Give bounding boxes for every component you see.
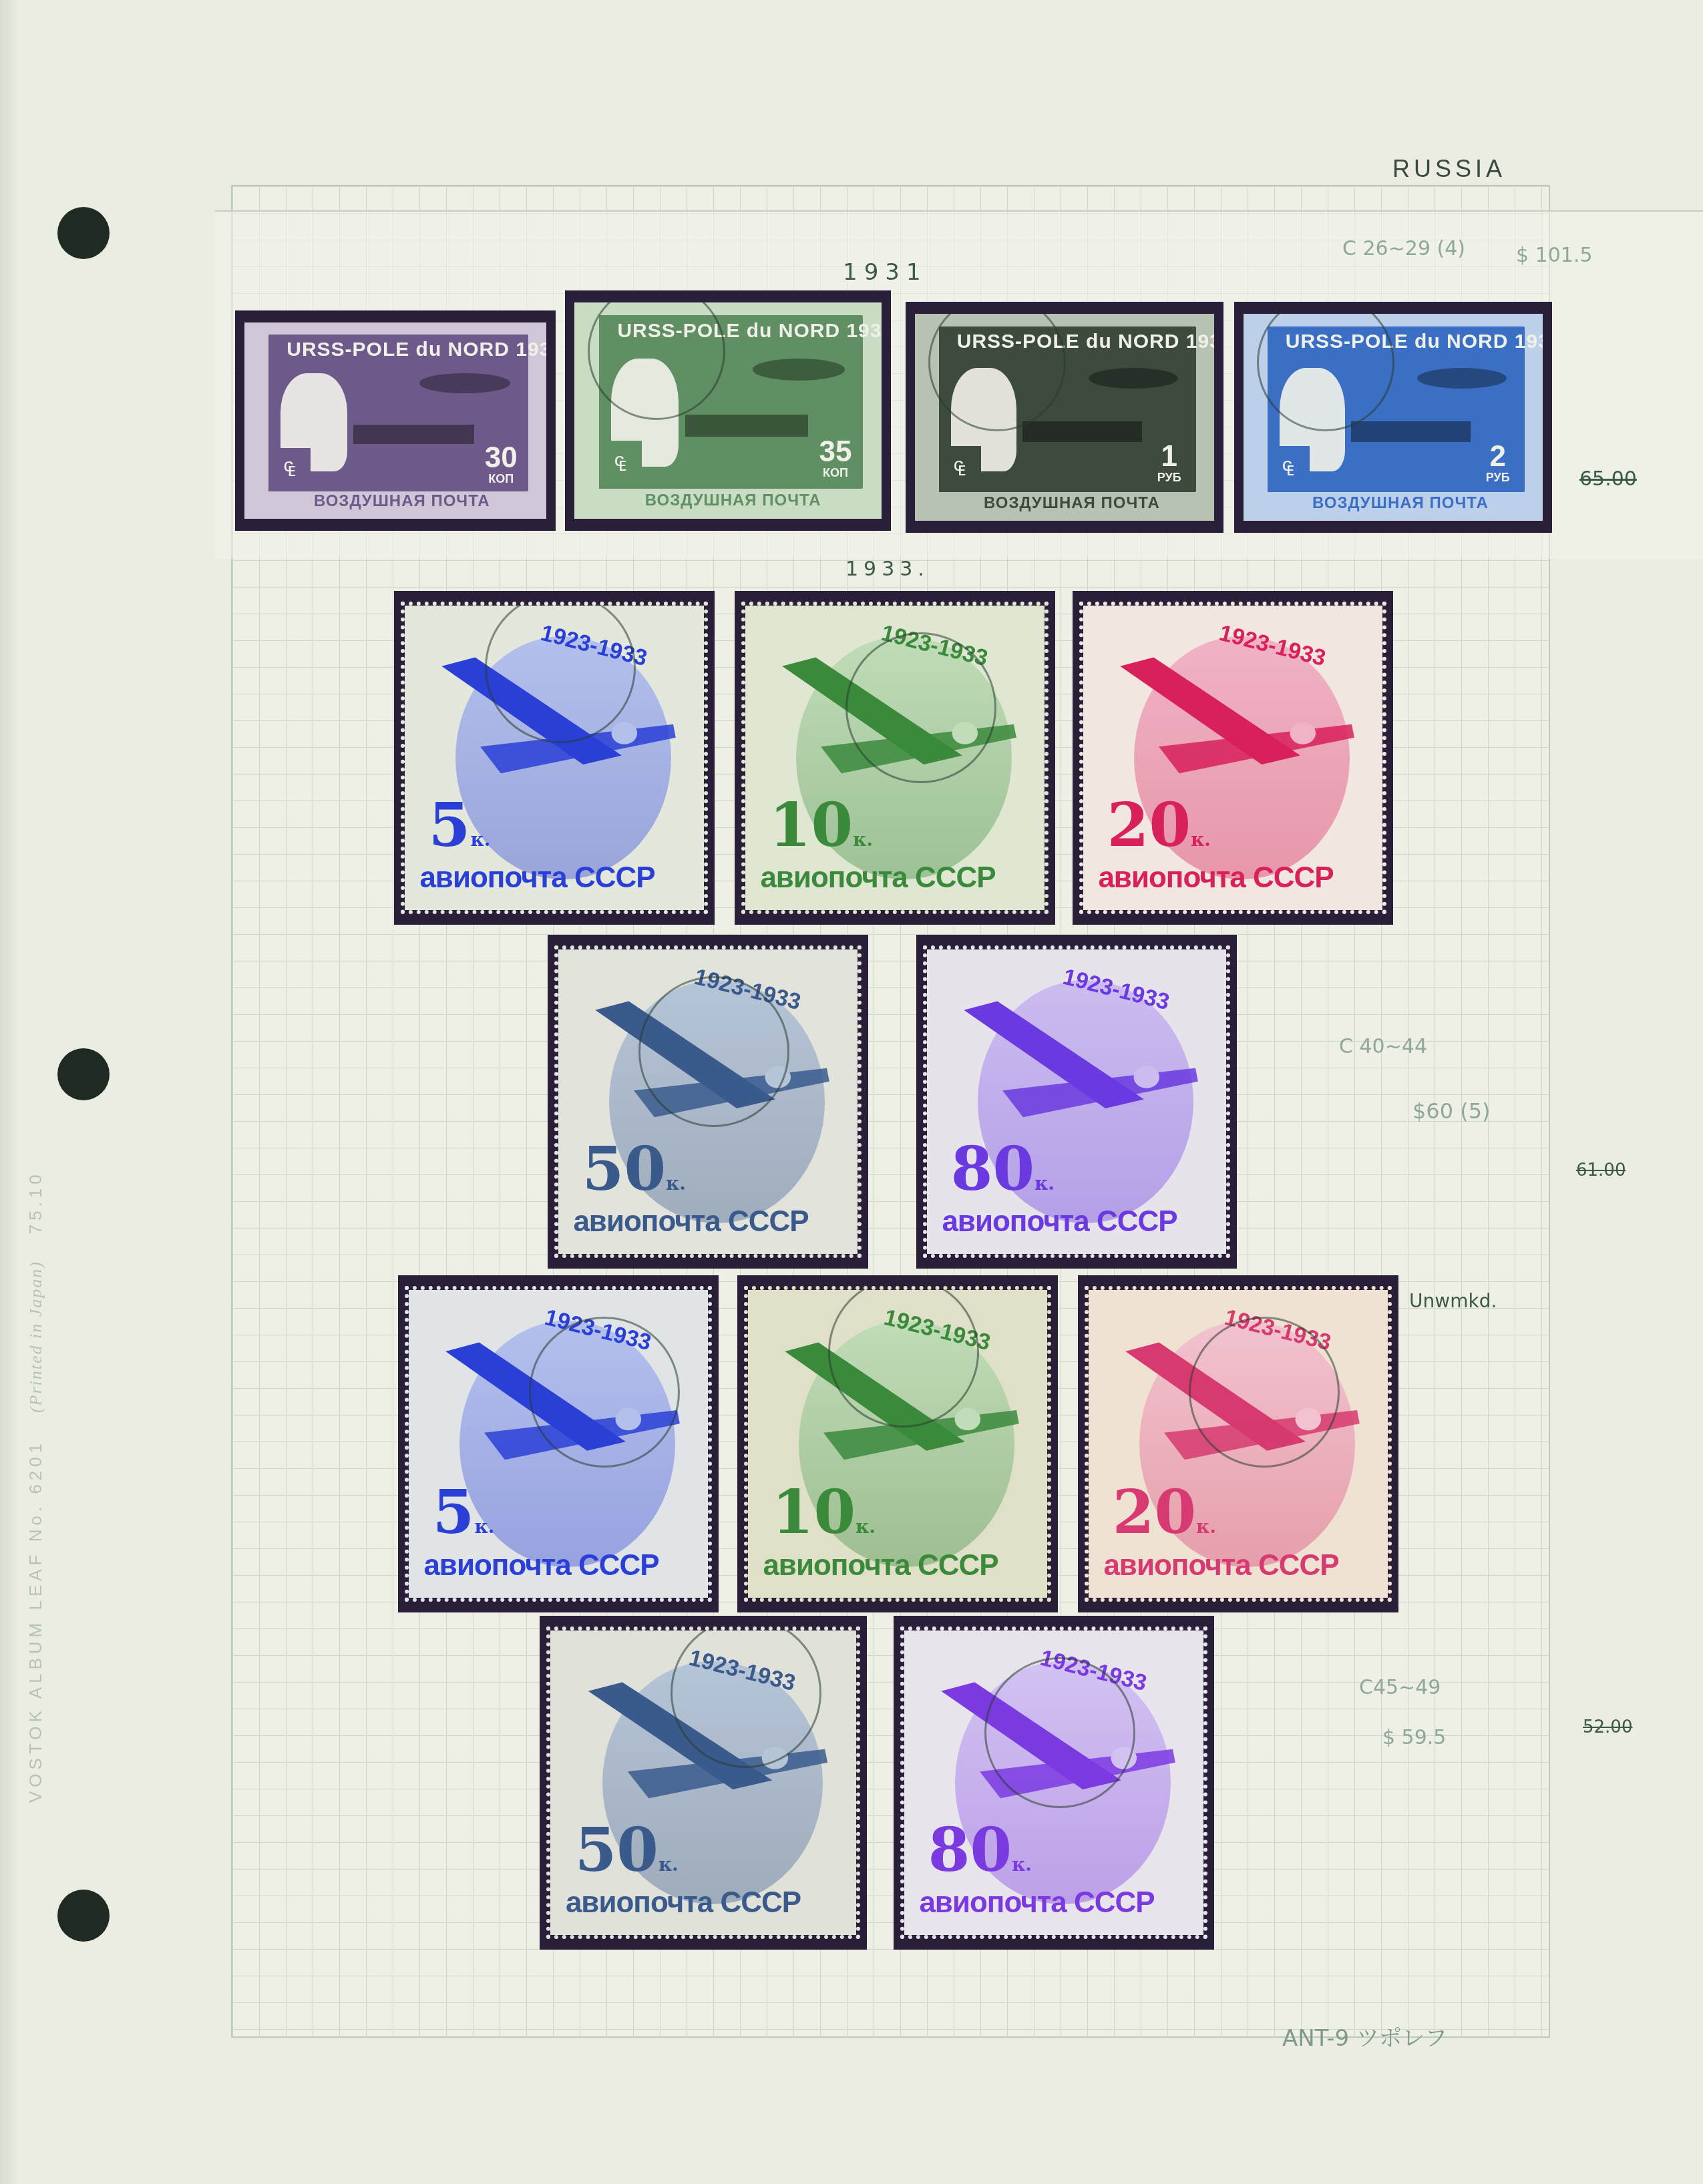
stamp-caption: авиопочта СССР xyxy=(760,861,995,895)
stamp-1933-80k[interactable]: 1923-193380к.авиопочта СССР xyxy=(927,949,1226,1254)
stamp-mount: 1923-19335к.авиопочта СССР xyxy=(398,1275,719,1612)
stamp-denomination: 10к. xyxy=(772,1482,876,1542)
stamp-caption: авиопочта СССР xyxy=(419,861,654,895)
stamp-mount: 1923-193380к.авиопочта СССР xyxy=(916,935,1237,1269)
stamp-1931-1РУБ[interactable]: URSS-POLE du NORD 1931₠1РУБВОЗДУШНАЯ ПОЧ… xyxy=(915,314,1214,521)
stamp-denomination: 1РУБ xyxy=(1145,434,1193,492)
aircraft-note: ANT-9 ツポレフ xyxy=(1282,2020,1447,2052)
emblem-icon: ₠ xyxy=(268,448,311,491)
stamp-1933-5k[interactable]: 1923-19335к.авиопочта СССР xyxy=(409,1290,708,1598)
stamp-1933-50k[interactable]: 1923-193350к.авиопочта СССР xyxy=(558,949,858,1254)
stamp-mount: URSS-POLE du NORD 1931₠30КОПВОЗДУШНАЯ ПО… xyxy=(235,310,556,531)
stamp-mount: 1923-193380к.авиопочта СССР xyxy=(894,1616,1214,1950)
stamp-caption: ВОЗДУШНАЯ ПОЧТА xyxy=(984,494,1160,513)
year-label-1931: 1931 xyxy=(843,259,928,286)
stamp-1933-20k[interactable]: 1923-193320к.авиопочта СССР xyxy=(1083,606,1382,910)
imprint-code: 75.10 xyxy=(25,1170,45,1234)
emblem-icon: ₠ xyxy=(1268,446,1310,491)
stamp-1933-5k[interactable]: 1923-19335к.авиопочта СССР xyxy=(405,606,704,910)
stamp-caption: авиопочта СССР xyxy=(573,1205,808,1239)
value-note-1931: $ 101.5 xyxy=(1516,244,1593,267)
stamp-caption: авиопочта СССР xyxy=(763,1549,998,1582)
airplane-image xyxy=(429,648,686,783)
emblem-icon: ₠ xyxy=(599,441,642,488)
stamp-denomination: 30КОП xyxy=(477,437,525,491)
stamp-caption: авиопочта СССР xyxy=(1103,1549,1338,1582)
catalog-note-1931: C 26~29 (4) xyxy=(1342,237,1465,260)
emblem-icon: ₠ xyxy=(939,446,981,491)
stamp-mount: 1923-193320к.авиопочта СССР xyxy=(1078,1275,1398,1612)
stamp-mount: 1923-193350к.авиопочта СССР xyxy=(548,935,868,1269)
binder-hole-top xyxy=(57,207,110,259)
stamp-header: URSS-POLE du NORD 1931 xyxy=(1286,331,1519,353)
page-edge xyxy=(0,0,20,2184)
stamp-mount: 1923-193310к.авиопочта СССР xyxy=(737,1275,1058,1612)
stamp-mount: URSS-POLE du NORD 1931₠2РУБВОЗДУШНАЯ ПОЧ… xyxy=(1234,302,1552,533)
zeppelin-image xyxy=(1089,368,1178,389)
stamp-mount: 1923-19335к.авиопочта СССР xyxy=(394,591,715,925)
stamp-denomination: 2РУБ xyxy=(1474,434,1522,492)
stamp-1933-20k[interactable]: 1923-193320к.авиопочта СССР xyxy=(1089,1290,1388,1598)
stamp-mount: URSS-POLE du NORD 1931₠1РУБВОЗДУШНАЯ ПОЧ… xyxy=(906,302,1223,533)
stamp-mount: 1923-193310к.авиопочта СССР xyxy=(735,591,1055,925)
catalog-note-unwmkd: C45~49 xyxy=(1359,1676,1441,1699)
airplane-image xyxy=(772,1333,1029,1469)
stamp-1931-2РУБ[interactable]: URSS-POLE du NORD 1931₠2РУБВОЗДУШНАЯ ПОЧ… xyxy=(1244,314,1543,521)
stamp-denomination: 80к. xyxy=(951,1139,1055,1199)
zeppelin-image xyxy=(1417,368,1507,389)
zeppelin-image xyxy=(419,373,510,393)
airplane-image xyxy=(433,1333,690,1469)
stamp-1933-50k[interactable]: 1923-193350к.авиопочта СССР xyxy=(550,1630,856,1935)
binder-hole-bottom xyxy=(57,1890,110,1942)
airplane-image xyxy=(928,1673,1185,1807)
binder-hole-middle xyxy=(57,1048,110,1100)
price-note-unwmkd: 52.00 xyxy=(1583,1717,1632,1737)
airplane-image xyxy=(575,1673,838,1807)
price-note-1933: 61.00 xyxy=(1576,1160,1626,1180)
price-note-1931: 65.00 xyxy=(1579,467,1637,491)
stamp-denomination: 20к. xyxy=(1107,795,1211,855)
stamp-denomination: 5к. xyxy=(433,1482,495,1542)
value-note-unwmkd: $ 59.5 xyxy=(1382,1726,1446,1749)
stamp-denomination: 35КОП xyxy=(811,428,860,489)
stamp-1933-10k[interactable]: 1923-193310к.авиопочта СССР xyxy=(748,1290,1047,1598)
stamp-mount: 1923-193320к.авиопочта СССР xyxy=(1073,591,1393,925)
stamp-denomination: 10к. xyxy=(769,795,873,855)
imprint-printed: (Printed in Japan) xyxy=(26,1261,45,1413)
country-header: RUSSIA xyxy=(1392,155,1506,183)
stamp-header: URSS-POLE du NORD 1931 xyxy=(957,331,1190,353)
stamp-caption: авиопочта СССР xyxy=(566,1886,801,1920)
stamp-1931-30КОП[interactable]: URSS-POLE du NORD 1931₠30КОПВОЗДУШНАЯ ПО… xyxy=(244,322,546,519)
zeppelin-image xyxy=(753,359,845,380)
stamp-denomination: 5к. xyxy=(429,795,491,855)
stamp-mount: URSS-POLE du NORD 1931₠35КОПВОЗДУШНАЯ ПО… xyxy=(565,290,891,531)
stamp-caption: ВОЗДУШНАЯ ПОЧТА xyxy=(645,491,821,510)
unwatermarked-label: Unwmkd. xyxy=(1409,1290,1497,1312)
stamp-mount: 1923-193350к.авиопочта СССР xyxy=(540,1616,867,1950)
album-page: RUSSIA VOSTOK ALBUM LEAF No. 6201 (Print… xyxy=(0,0,1703,2184)
value-note-1933: $60 (5) xyxy=(1412,1098,1491,1124)
stamp-denomination: 50к. xyxy=(575,1820,679,1880)
stamp-caption: авиопочта СССР xyxy=(942,1205,1177,1239)
year-label-1933: 1933. xyxy=(845,558,930,581)
stamp-header: URSS-POLE du NORD 1931 xyxy=(617,320,857,343)
catalog-note-1933: C 40~44 xyxy=(1339,1035,1427,1058)
stamp-caption: авиопочта СССР xyxy=(1098,861,1333,895)
stamp-denomination: 50к. xyxy=(582,1139,686,1199)
ship-image xyxy=(1351,421,1471,442)
airplane-image xyxy=(1107,648,1364,783)
stamp-denomination: 80к. xyxy=(928,1820,1032,1880)
airplane-image xyxy=(582,992,839,1126)
ship-image xyxy=(353,425,474,444)
stamp-1933-10k[interactable]: 1923-193310к.авиопочта СССР xyxy=(745,606,1045,910)
airplane-image xyxy=(769,648,1026,783)
album-imprint: VOSTOK ALBUM LEAF No. 6201 (Printed in J… xyxy=(25,1170,46,1803)
airplane-image xyxy=(951,992,1208,1126)
imprint-text: VOSTOK ALBUM LEAF No. 6201 xyxy=(25,1440,45,1803)
stamp-header: URSS-POLE du NORD 1931 xyxy=(287,339,522,361)
stamp-denomination: 20к. xyxy=(1113,1482,1216,1542)
stamp-caption: ВОЗДУШНАЯ ПОЧТА xyxy=(314,492,490,511)
stamp-caption: авиопочта СССР xyxy=(919,1886,1154,1920)
ship-image xyxy=(1022,421,1142,442)
ship-image xyxy=(685,415,808,436)
stamp-1933-80k[interactable]: 1923-193380к.авиопочта СССР xyxy=(904,1630,1203,1935)
airplane-image xyxy=(1113,1333,1370,1469)
stamp-caption: авиопочта СССР xyxy=(423,1549,658,1582)
stamp-1931-35КОП[interactable]: URSS-POLE du NORD 1931₠35КОПВОЗДУШНАЯ ПО… xyxy=(574,302,882,519)
stamp-caption: ВОЗДУШНАЯ ПОЧТА xyxy=(1312,494,1489,513)
